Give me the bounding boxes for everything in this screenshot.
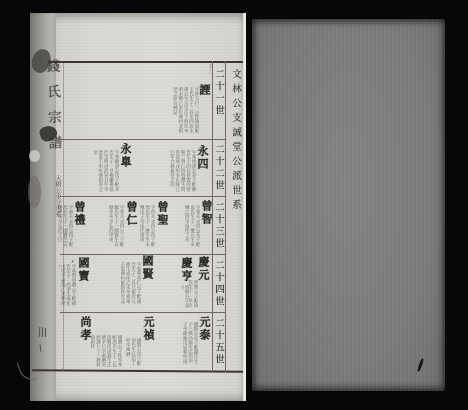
ancestor-name: 元禎 xyxy=(143,316,156,344)
ancestor-note: 字睿夫永四公長子配吳氏生子一慶元生永樂乙酉卒成化丁亥 xyxy=(183,205,200,249)
ancestor-name: 國賢 xyxy=(142,255,155,283)
ancestor-name: 曾禮 xyxy=(74,201,87,229)
ancestor-note: 字希賢曾禮公子配孫氏生子一尚孝生成化戊戌卒嘉靖乙未葬祖塋 xyxy=(59,264,76,306)
generation-label-25: 二十五世 xyxy=(212,318,225,368)
ancestor-name: 慶亨 xyxy=(181,257,194,285)
ancestor-note: 字仲玉行一公性敦厚配王氏生子二長永四次永臯公生元至正丁酉年卒明永樂乙未年葬村北祖… xyxy=(172,87,199,137)
ancestor-name: 曾聖 xyxy=(157,201,170,229)
ancestor-name: 諲 xyxy=(199,84,212,100)
ancestor-note: 字邦顯諲公次子配李氏生子一早殤繼娶張氏生明洪武癸丑年卒景泰壬申年葬祖塋之原 xyxy=(94,150,119,194)
ancestor-note: 曾聖公子未詳 xyxy=(182,285,189,311)
ancestor-note: 國寶公子性至孝配高氏生子二長思敬次思誠生正德辛巳卒萬曆癸酉壽七十三葬村南新阡 xyxy=(76,335,122,369)
ancestor-name: 元泰 xyxy=(199,316,212,344)
ancestor-name: 慶元 xyxy=(198,256,211,284)
chapter-title: 文林公支誠堂公派世系 xyxy=(227,69,242,335)
grid-vline-margin xyxy=(225,61,226,372)
table-top-border xyxy=(48,61,246,63)
ancestor-note: 字邦達諲公長子配陳氏生子四長曾智次曾聖三曾仁四曾禮生明洪武庚戌年卒正統己巳年合葬… xyxy=(168,150,196,194)
grid-row-line xyxy=(60,312,225,313)
ancestor-name: 永臯 xyxy=(120,143,133,171)
ancestor-note: 字愛夫永四公三子配鄭氏生子一國賢生宣德辛亥卒弘治甲寅 xyxy=(106,205,124,249)
generation-label-21: 二十一世 xyxy=(212,69,225,135)
ancestor-note: 國賢公長子配錢氏生子三俱幼殤生弘治甲子卒隆慶戊辰葬村南 xyxy=(181,322,198,366)
generation-label-24: 二十四世 xyxy=(212,260,225,309)
left-page: 錢氏宗譜 大橋公東分世系 文林公支誠堂公派世系 千二 二十一世 二十二世 二十三… xyxy=(30,13,246,401)
generation-label-22: 二十二世 xyxy=(212,144,225,193)
spine-title: 錢氏宗譜 xyxy=(42,59,64,189)
grid-row-line xyxy=(60,139,225,140)
ancestor-note: 國賢公次子配何氏生弘治丁卯卒萬曆 xyxy=(126,338,141,368)
grid-row-line xyxy=(60,196,225,197)
ancestor-name: 永四 xyxy=(197,145,210,173)
ancestor-name: 曾仁 xyxy=(126,201,139,229)
pencil-mark xyxy=(45,328,46,337)
page-edge-highlight xyxy=(243,13,246,401)
paper-texture xyxy=(252,19,445,391)
ancestor-note: 字希聖曾仁公子配趙氏生子二長元泰次元禎生成化乙未卒嘉靖壬辰葬村東新阡有誌 xyxy=(121,262,141,306)
ancestor-note: 字哲夫永四公次子配周氏生子一慶亨生永樂戊子卒成化庚寅 xyxy=(138,205,155,249)
right-blank-page xyxy=(252,19,445,391)
ancestor-name: 曾智 xyxy=(201,200,214,228)
spine-shadow xyxy=(28,176,41,208)
ancestor-note: 字節夫永四公四子配馬氏生子一國寶生宣德甲寅卒弘治丁巳 xyxy=(57,205,73,249)
annotation-mark: ✗ xyxy=(71,259,74,264)
book-photo: 錢氏宗譜 大橋公東分世系 文林公支誠堂公派世系 千二 二十一世 二十二世 二十三… xyxy=(0,0,468,410)
spine-highlight xyxy=(29,150,40,162)
ancestor-name: 國寶 xyxy=(78,257,91,285)
